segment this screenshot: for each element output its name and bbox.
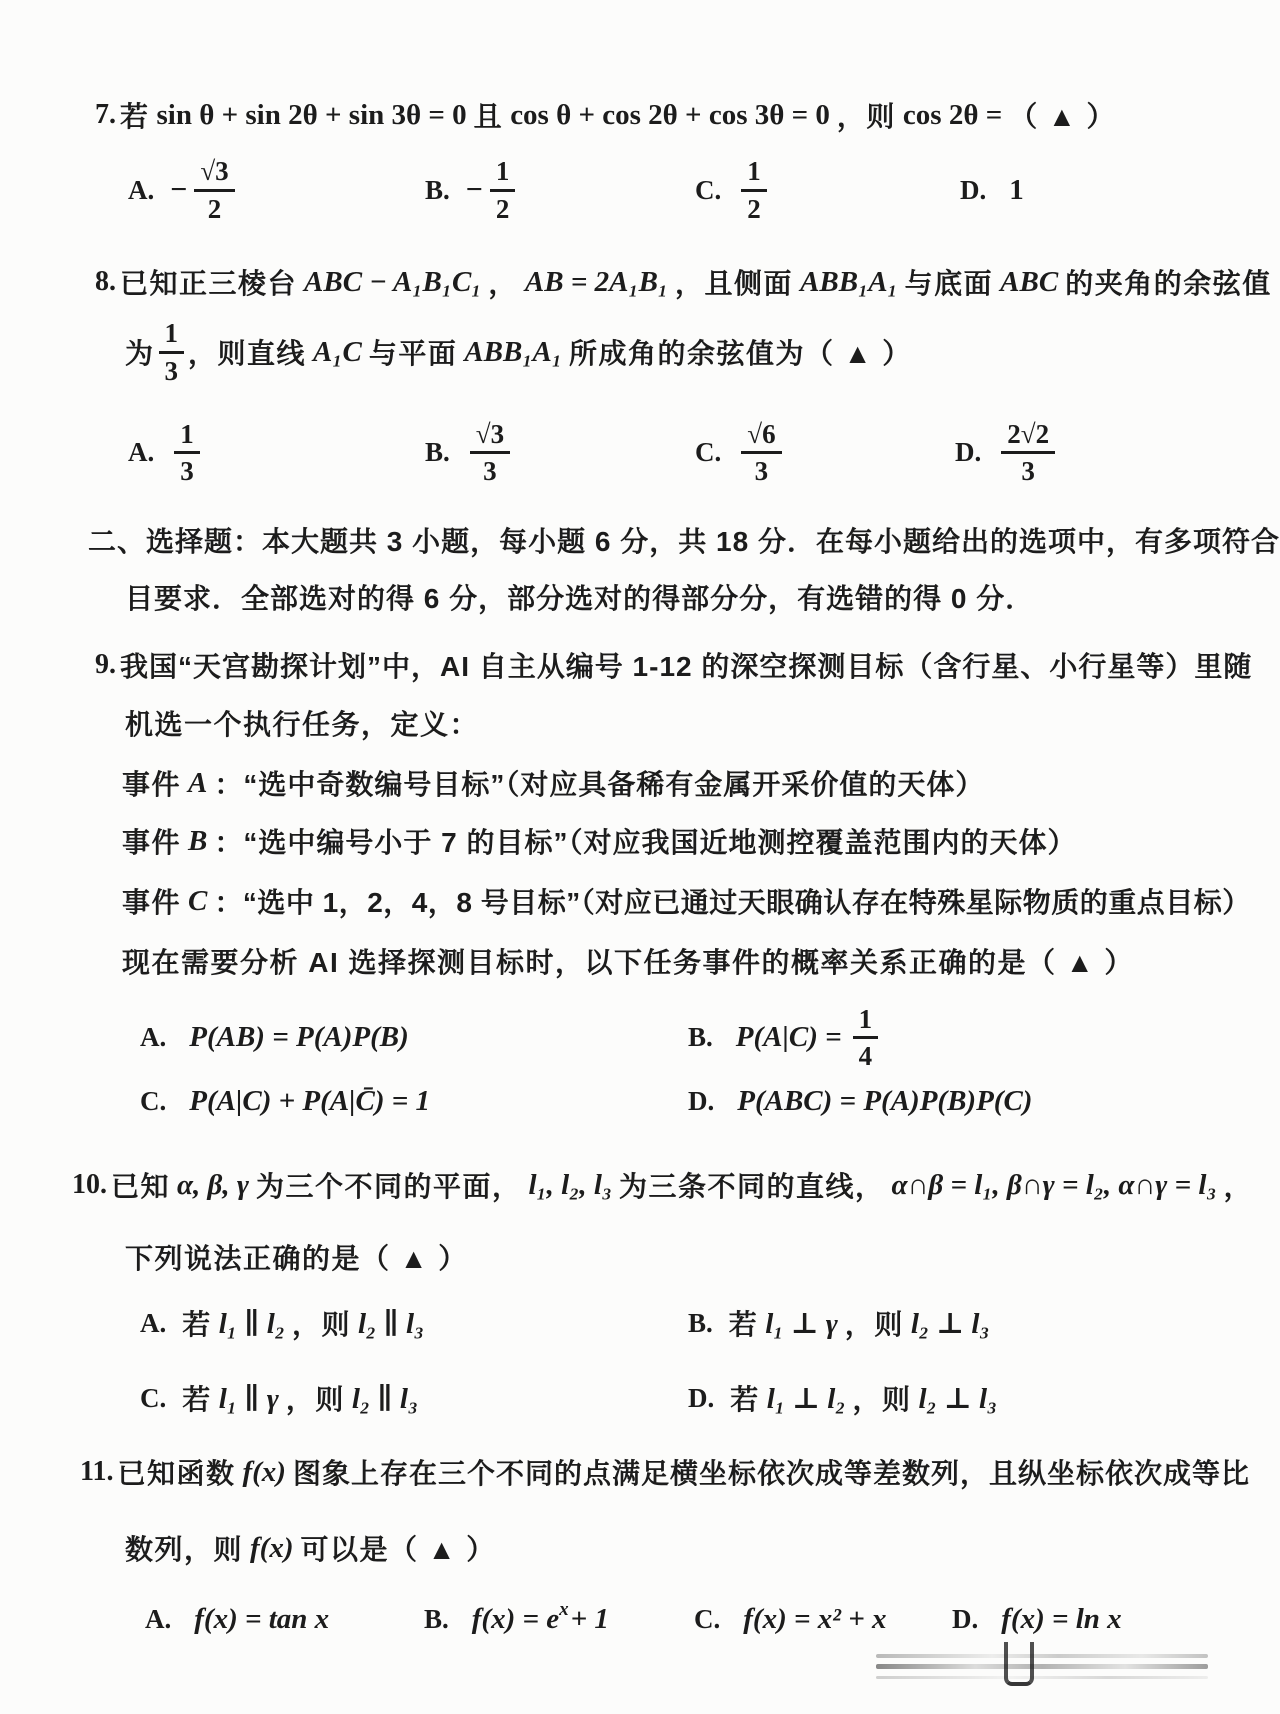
- q10-number: 10.: [72, 1169, 107, 1201]
- text-run: 与平面: [369, 332, 458, 372]
- q8-option-d: D. 2√2 3: [955, 405, 1059, 500]
- minus-sign: −: [170, 173, 187, 207]
- option-letter: C.: [695, 437, 721, 468]
- text-run: 且: [474, 95, 504, 135]
- q11-option-b: B. f(x) = e x + 1: [424, 1603, 616, 1636]
- math-run: + 1: [571, 1603, 609, 1636]
- text-run: 为三条不同的直线，: [619, 1165, 885, 1205]
- text-run: ：“选中 1，2，4，8 号目标”（对应已通过天眼确认存在特殊星际物质的重点目标…: [214, 881, 1250, 921]
- math-run: cos 2θ =: [903, 99, 1002, 132]
- q10-stem-line1: 10. 已知 α, β, γ 为三个不同的平面， l₁, l₂, l₃ 为三条不…: [72, 1165, 1253, 1205]
- option-letter: D.: [688, 1383, 714, 1414]
- q9-event-c: 事件 C ：“选中 1，2，4，8 号目标”（对应已通过天眼确认存在特殊星际物质…: [122, 881, 1251, 921]
- text-run: ，: [488, 262, 518, 302]
- fraction: √6 3: [741, 419, 781, 486]
- fraction: 1 3: [174, 419, 200, 486]
- text-run: ：“选中编号小于 7 的目标”（对应我国近地测控覆盖范围内的天体）: [214, 821, 1076, 861]
- q11-option-d: D. f(x) = ln x: [952, 1603, 1129, 1636]
- q11-option-c: C. f(x) = x² + x: [694, 1603, 893, 1636]
- text-run: 事件: [122, 881, 181, 921]
- q9-stem-line1: 9. 我国“天宫勘探计划”中，AI 自主从编号 1-12 的深空探测目标（含行星…: [95, 645, 1252, 685]
- text-run: 若: [730, 1378, 760, 1418]
- text-run: 机选一个执行任务，定义：: [125, 703, 479, 743]
- option-letter: C.: [140, 1383, 166, 1414]
- q7-option-d: D. 1: [960, 150, 1031, 230]
- math-run: l₁ ∥ l₂: [219, 1306, 285, 1341]
- text-run: ，且侧面: [675, 262, 793, 302]
- text-run: 已知函数: [117, 1452, 235, 1492]
- option-letter: D.: [952, 1604, 978, 1635]
- fraction: 1 3: [159, 318, 185, 385]
- q11-stem-line2: 数列，则 f(x) 可以是（ ▲ ）: [125, 1528, 496, 1568]
- math-run: C: [188, 885, 207, 918]
- option-letter: B.: [425, 437, 450, 468]
- numerator: 1: [741, 156, 767, 191]
- text-run: ，则: [286, 1378, 345, 1418]
- text-run: ，: [1224, 1165, 1254, 1205]
- math-run: sin θ + sin 2θ + sin 3θ = 0: [157, 99, 467, 132]
- text-run: 若: [182, 1378, 212, 1418]
- math-run: A: [188, 767, 207, 800]
- q8-option-a: A. 1 3: [128, 405, 204, 500]
- math-run: f(x): [250, 1532, 293, 1565]
- answer-blank: （ ▲ ）: [1009, 95, 1116, 135]
- numerator: 2√2: [1001, 419, 1055, 454]
- text-run: 若: [182, 1303, 212, 1343]
- math-run: P(A|C) =: [736, 1021, 842, 1054]
- q10-option-b: B. 若 l₁ ⊥ γ ，则 l₂ ⊥ l₃: [688, 1303, 997, 1343]
- q9-option-a: A. P(AB) = P(A)P(B): [140, 995, 416, 1080]
- option-letter: D.: [960, 175, 986, 206]
- q9-option-c: C. P(A|C) + P(A|C̄) = 1: [140, 1085, 437, 1118]
- denominator: 4: [859, 1039, 873, 1071]
- option-letter: D.: [955, 437, 981, 468]
- math-run: f(x) = ln x: [1001, 1603, 1121, 1636]
- fraction: √3 3: [470, 419, 510, 486]
- numerator: 1: [853, 1004, 879, 1039]
- answer-blank: 所成角的余弦值为（ ▲ ）: [569, 332, 912, 372]
- math-run: l₂ ∥ l₃: [352, 1381, 418, 1416]
- smudge-line: [876, 1676, 1208, 1679]
- q10-option-d: D. 若 l₁ ⊥ l₂ ，则 l₂ ⊥ l₃: [688, 1378, 1004, 1418]
- fraction: 2√2 3: [1001, 419, 1055, 486]
- q8-stem-line1: 8. 已知正三棱台 ABC − A₁B₁C₁ ， AB = 2A₁B₁ ，且侧面…: [95, 262, 1272, 302]
- fraction: 1 2: [490, 156, 516, 223]
- math-run: A₁C: [313, 336, 362, 369]
- text-run: ：“选中奇数编号目标”（对应具备稀有金属开采价值的天体）: [214, 763, 984, 803]
- denominator: 2: [496, 192, 510, 224]
- section-title: 二、选择题：本大题共 3 小题，每小题 6 分，共 18 分．在每小题给出的选项…: [88, 520, 1280, 560]
- option-letter: A.: [128, 175, 154, 206]
- q9-option-b: B. P(A|C) = 1 4: [688, 995, 882, 1080]
- math-run: P(A|C) + P(A|C̄) = 1: [189, 1085, 430, 1118]
- math-run: 1: [1009, 174, 1024, 207]
- math-run: P(ABC) = P(A)P(B)P(C): [737, 1085, 1032, 1118]
- option-letter: A.: [140, 1022, 166, 1053]
- text-run: ，则: [292, 1303, 351, 1343]
- text-run: 事件: [122, 821, 181, 861]
- text-run: ，则直线: [188, 332, 306, 372]
- option-letter: A.: [145, 1604, 171, 1635]
- q7-option-a: A. − √3 2: [128, 150, 239, 230]
- text-run: 已知: [111, 1165, 170, 1205]
- q10-stem-line2: 下列说法正确的是（ ▲ ）: [125, 1237, 468, 1277]
- math-run: l₂ ∥ l₃: [358, 1306, 424, 1341]
- math-run: ABB₁A₁: [464, 336, 562, 369]
- q9-event-a: 事件 A ：“选中奇数编号目标”（对应具备稀有金属开采价值的天体）: [122, 763, 984, 803]
- math-run: ABB₁A₁: [800, 266, 898, 299]
- q11-number: 11.: [80, 1456, 113, 1488]
- smudge-line: [876, 1664, 1208, 1669]
- q8-stem-line2: 为 1 3 ，则直线 A₁C 与平面 ABB₁A₁ 所成角的余弦值为（ ▲ ）: [125, 312, 912, 392]
- denominator: 3: [165, 354, 179, 386]
- q11-option-a: A. f(x) = tan x: [145, 1603, 336, 1636]
- option-letter: A.: [140, 1308, 166, 1339]
- q8-option-c: C. √6 3: [695, 405, 786, 500]
- fraction: 1 2: [741, 156, 767, 223]
- option-letter: C.: [694, 1604, 720, 1635]
- math-run: ABC − A₁B₁C₁: [304, 266, 481, 299]
- denominator: 2: [747, 192, 761, 224]
- text-run: ，则: [852, 1378, 911, 1418]
- q8-number: 8.: [95, 266, 116, 298]
- q11-stem-line1: 11. 已知函数 f(x) 图象上存在三个不同的点满足横坐标依次成等差数列，且纵…: [80, 1452, 1250, 1492]
- q9-stem-line2: 机选一个执行任务，定义：: [125, 703, 479, 743]
- q7-number: 7.: [95, 99, 116, 131]
- text-run: 数列，则: [125, 1528, 243, 1568]
- q9-question-line: 现在需要分析 AI 选择探测目标时，以下任务事件的概率关系正确的是（ ▲ ）: [122, 941, 1134, 981]
- math-run: l₁, l₂, l₃: [529, 1169, 613, 1202]
- text-run: 与底面: [905, 262, 994, 302]
- denominator: 3: [755, 454, 769, 486]
- numerator: 1: [159, 318, 185, 353]
- denominator: 3: [483, 454, 497, 486]
- option-letter: B.: [688, 1308, 713, 1339]
- option-letter: B.: [425, 175, 450, 206]
- denominator: 3: [180, 454, 194, 486]
- text-run: 为: [125, 332, 155, 372]
- scan-artifact: [876, 1648, 1208, 1698]
- option-letter: C.: [695, 175, 721, 206]
- q7-stem: 7. 若 sin θ + sin 2θ + sin 3θ = 0 且 cos θ…: [95, 95, 1116, 135]
- section-text: 目要求．全部选对的得 6 分，部分选对的得部分分，有选错的得 0 分．: [125, 577, 1034, 617]
- math-run: l₁ ∥ γ: [219, 1381, 279, 1416]
- numerator: 1: [490, 156, 516, 191]
- text-run: ，则: [845, 1303, 904, 1343]
- answer-blank: 现在需要分析 AI 选择探测目标时，以下任务事件的概率关系正确的是（ ▲ ）: [122, 941, 1134, 981]
- q7-option-c: C. 1 2: [695, 150, 771, 230]
- math-run: cos θ + cos 2θ + cos 3θ = 0: [510, 99, 830, 132]
- smudge-line: [876, 1654, 1208, 1658]
- q9-number: 9.: [95, 649, 116, 681]
- math-run: f(x): [242, 1456, 285, 1489]
- text-run: 我国“天宫勘探计划”中，AI 自主从编号 1-12 的深空探测目标（含行星、小行…: [120, 645, 1252, 685]
- text-run: 若: [729, 1303, 759, 1343]
- fraction: 1 4: [853, 1004, 879, 1071]
- text-run: 为三个不同的平面，: [256, 1165, 522, 1205]
- section2-header-line2: 目要求．全部选对的得 6 分，部分选对的得部分分，有选错的得 0 分．: [125, 577, 1034, 617]
- math-run: P(AB) = P(A)P(B): [189, 1021, 408, 1054]
- math-run: AB = 2A₁B₁: [525, 266, 668, 299]
- text-run: ，则: [837, 95, 896, 135]
- option-letter: C.: [140, 1086, 166, 1117]
- option-letter: B.: [688, 1022, 713, 1053]
- math-run: f(x) = x² + x: [743, 1603, 886, 1636]
- exam-scan-page: 7. 若 sin θ + sin 2θ + sin 3θ = 0 且 cos θ…: [0, 0, 1280, 1714]
- math-run: l₁ ⊥ l₂: [767, 1381, 846, 1416]
- math-run: l₁ ⊥ γ: [765, 1306, 838, 1341]
- math-run: α, β, γ: [177, 1169, 249, 1202]
- q8-option-b: B. √3 3: [425, 405, 514, 500]
- denominator: 2: [208, 192, 222, 224]
- minus-sign: −: [466, 173, 483, 207]
- text-run: 图象上存在三个不同的点满足横坐标依次成等差数列，且纵坐标依次成等比: [293, 1452, 1250, 1492]
- math-run: α∩β = l₁, β∩γ = l₂, α∩γ = l₃: [892, 1169, 1217, 1202]
- numerator: √6: [741, 419, 781, 454]
- q10-option-a: A. 若 l₁ ∥ l₂ ，则 l₂ ∥ l₃: [140, 1303, 431, 1343]
- fraction: √3 2: [194, 156, 234, 223]
- smudge-mark: [1004, 1642, 1034, 1686]
- section2-header-line1: 二、选择题：本大题共 3 小题，每小题 6 分，共 18 分．在每小题给出的选项…: [88, 520, 1280, 560]
- option-letter: D.: [688, 1086, 714, 1117]
- q9-event-b: 事件 B ：“选中编号小于 7 的目标”（对应我国近地测控覆盖范围内的天体）: [122, 821, 1077, 861]
- math-run: l₂ ⊥ l₃: [918, 1381, 997, 1416]
- text-run: 已知正三棱台: [120, 262, 297, 302]
- math-run: f(x) = tan x: [194, 1603, 329, 1636]
- numerator: √3: [470, 419, 510, 454]
- text-run: 的夹角的余弦值: [1065, 262, 1272, 302]
- math-run: l₂ ⊥ l₃: [911, 1306, 990, 1341]
- answer-blank: 下列说法正确的是（ ▲ ）: [125, 1237, 468, 1277]
- numerator: 1: [174, 419, 200, 454]
- option-letter: B.: [424, 1604, 449, 1635]
- math-run: f(x) = e: [472, 1603, 559, 1636]
- superscript: x: [559, 1599, 569, 1621]
- numerator: √3: [194, 156, 234, 191]
- denominator: 3: [1021, 454, 1035, 486]
- text-run: 若: [120, 95, 150, 135]
- q7-option-b: B. − 1 2: [425, 150, 519, 230]
- option-letter: A.: [128, 437, 154, 468]
- math-run: B: [188, 825, 207, 858]
- math-run: ABC: [1000, 266, 1058, 299]
- answer-blank: 可以是（ ▲ ）: [301, 1528, 496, 1568]
- text-run: 事件: [122, 763, 181, 803]
- q9-option-d: D. P(ABC) = P(A)P(B)P(C): [688, 1085, 1039, 1118]
- q10-option-c: C. 若 l₁ ∥ γ ，则 l₂ ∥ l₃: [140, 1378, 425, 1418]
